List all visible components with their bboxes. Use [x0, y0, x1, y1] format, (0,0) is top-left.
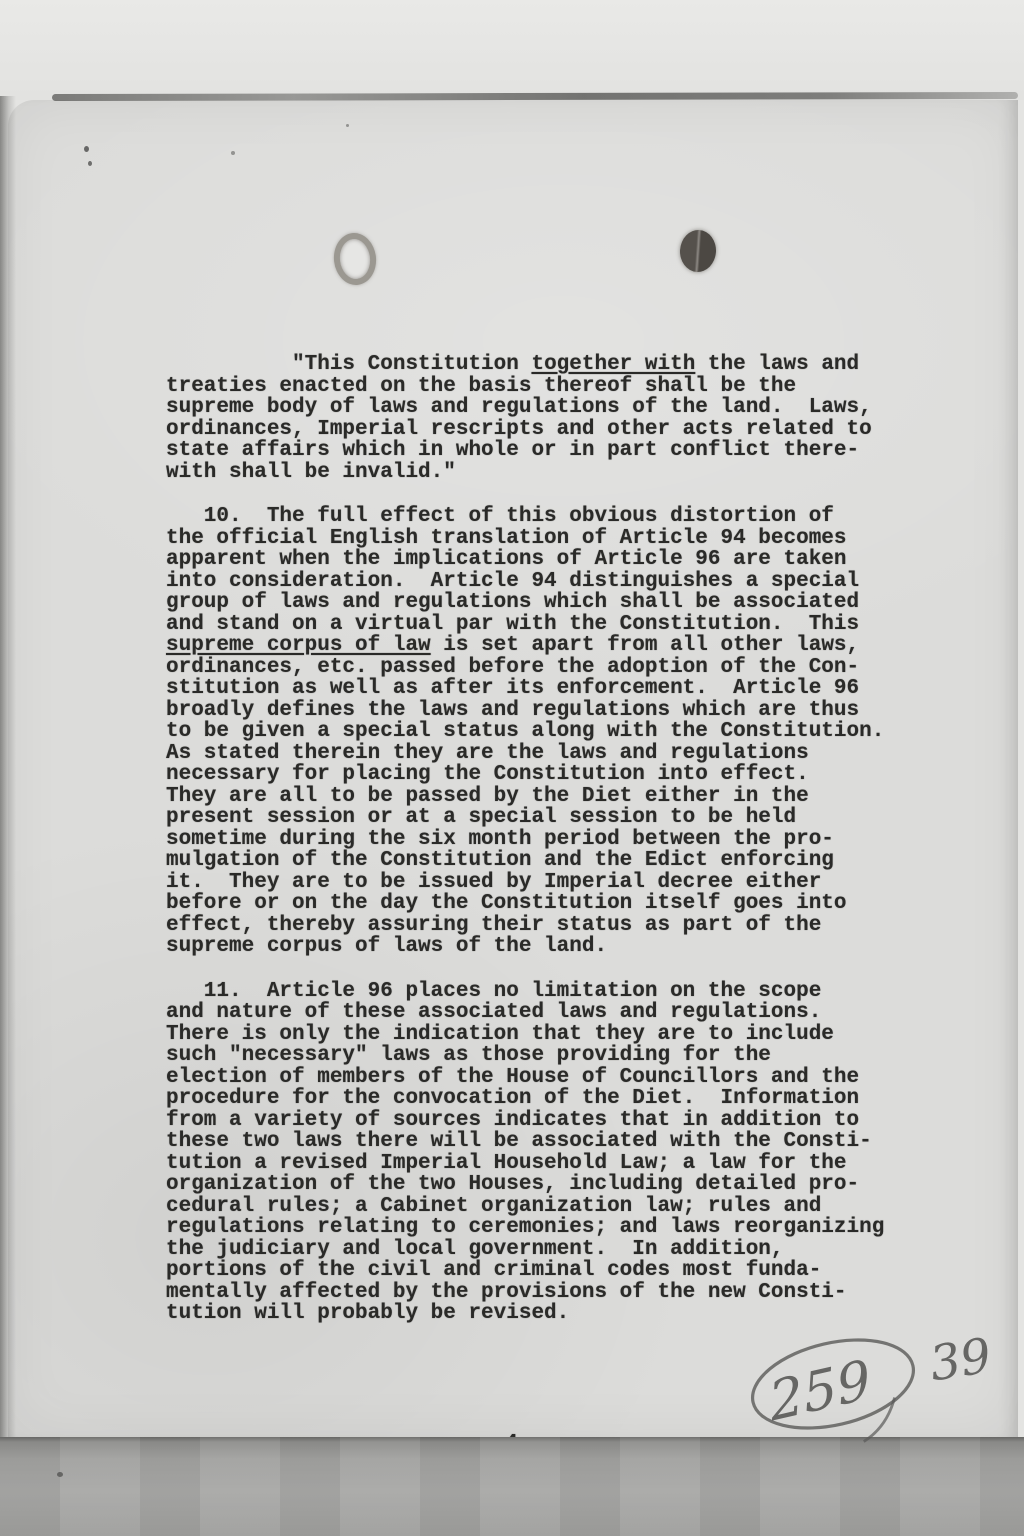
scanned-document: "This Constitution together with the law…: [0, 0, 1024, 1536]
punch-hole-right: [679, 229, 718, 273]
ink-speck: [88, 161, 92, 166]
punch-hole-left: [331, 231, 378, 287]
ink-speck: [346, 124, 349, 127]
handwritten-annotation: 259 39: [718, 1306, 1018, 1466]
document-page: "This Constitution together with the law…: [8, 100, 1018, 1437]
page-left-edge-shadow: [0, 96, 16, 1536]
constitution-quote: "This Constitution together with the law…: [166, 354, 906, 483]
document-text: "This Constitution together with the law…: [166, 354, 906, 1348]
side-number-text: 39: [926, 1328, 995, 1393]
paragraph-10: 10. The full effect of this obvious dist…: [166, 506, 906, 958]
ink-speck: [57, 1472, 63, 1477]
ink-speck: [84, 146, 89, 152]
ink-speck: [231, 151, 235, 155]
paragraph-11: 11. Article 96 places no limitation on t…: [166, 981, 906, 1325]
background-paper-top: [0, 0, 1024, 100]
